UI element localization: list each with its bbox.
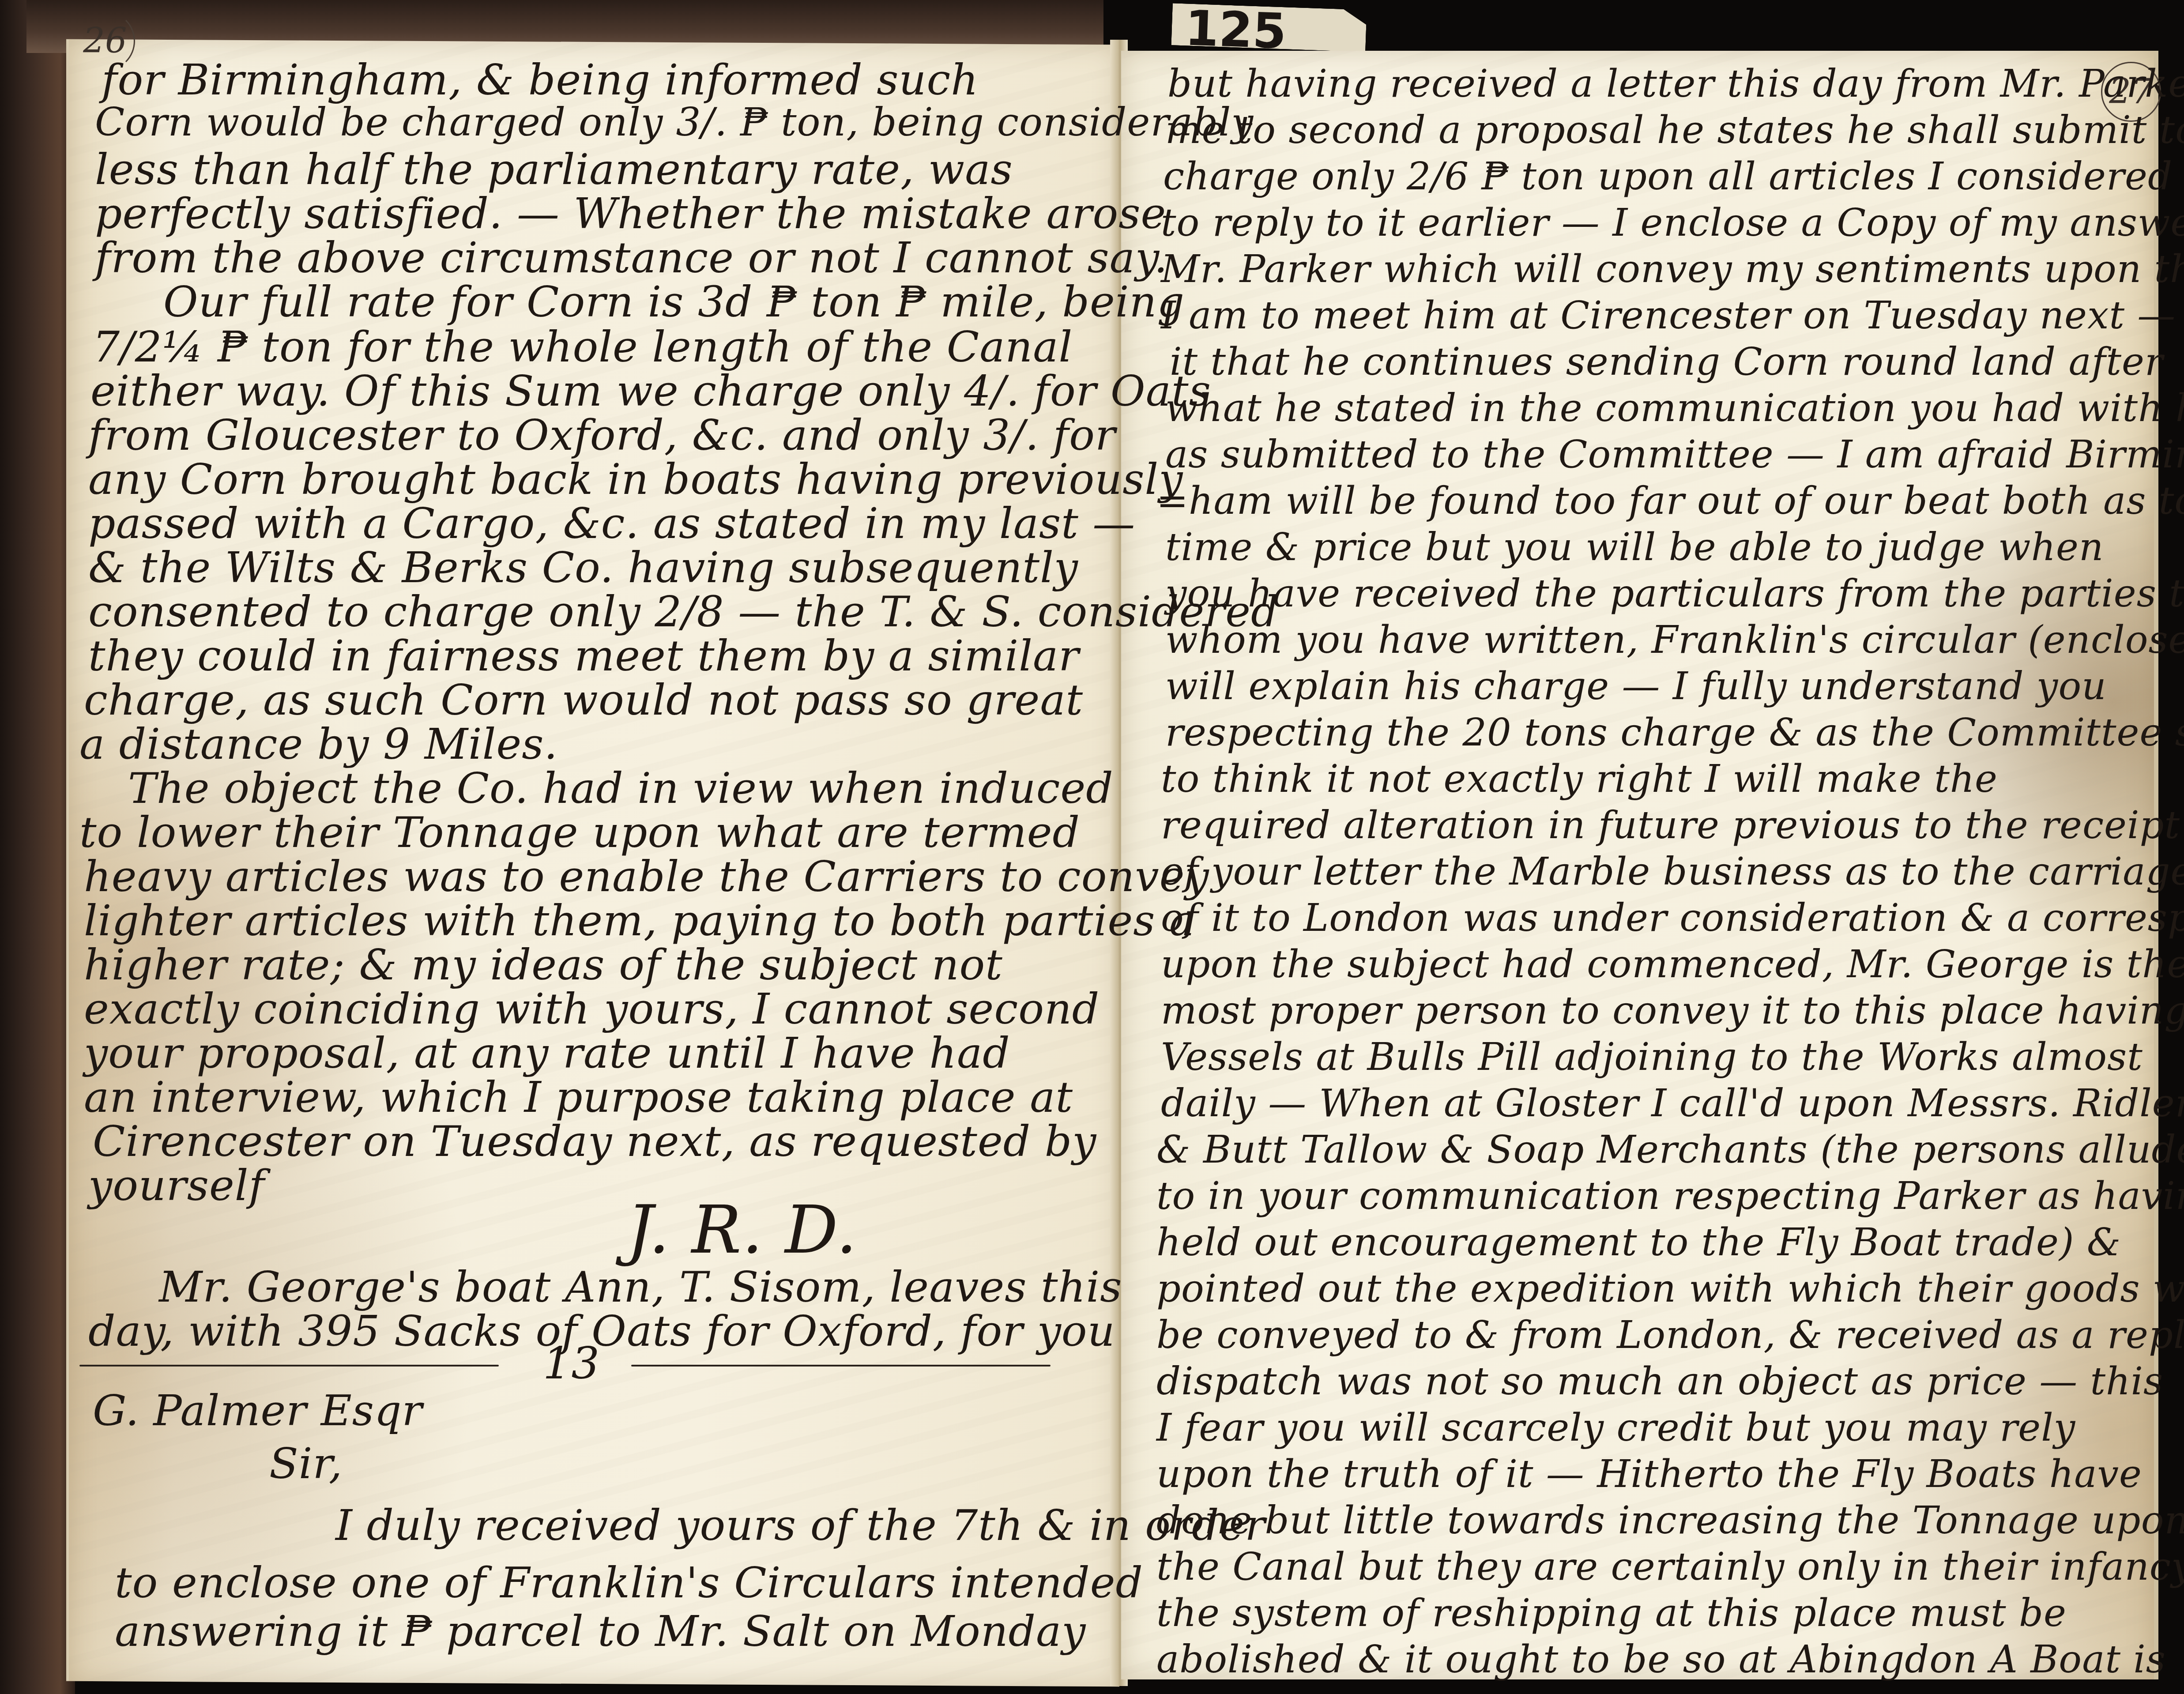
manuscript-line: respecting the 20 tons charge & as the C…	[1165, 711, 2184, 755]
manuscript-line: time & price but you will be able to jud…	[1165, 525, 2104, 569]
manuscript-line: 7/2¼ ₱ ton for the whole length of the C…	[93, 322, 1073, 372]
manuscript-line: Our full rate for Corn is 3d ₱ ton ₱ mil…	[163, 277, 1185, 327]
manuscript-line: an interview, which I purpose taking pla…	[84, 1073, 1073, 1122]
manuscript-line: from Gloucester to Oxford, &c. and only …	[88, 410, 1116, 460]
manuscript-line: yourself	[88, 1161, 265, 1210]
manuscript-line: to reply to it earlier — I enclose a Cop…	[1161, 201, 2184, 245]
manuscript-line: required alteration in future previous t…	[1161, 803, 2180, 847]
postscript-line: Mr. George's boat Ann, T. Sisom, leaves …	[159, 1262, 1122, 1312]
manuscript-line: me to second a proposal he states he sha…	[1165, 108, 2184, 152]
manuscript-line: to think it not exactly right I will mak…	[1161, 757, 1998, 801]
manuscript-line: done but little towards increasing the T…	[1156, 1498, 2184, 1543]
manuscript-line: Cirencester on Tuesday next, as requeste…	[93, 1117, 1096, 1166]
manuscript-line: what he stated in the communication you …	[1165, 386, 2184, 430]
manuscript-line: upon the subject had commenced, Mr. Geor…	[1161, 942, 2184, 986]
letter-number: 13	[543, 1337, 600, 1389]
manuscript-line: but having received a letter this day fr…	[1167, 62, 2184, 106]
manuscript-line: as submitted to the Committee — I am afr…	[1165, 433, 2184, 477]
manuscript-line: a distance by 9 Miles.	[79, 719, 558, 769]
manuscript-line: upon the truth of it — Hitherto the Fly …	[1156, 1452, 2142, 1496]
manuscript-line: charge, as such Corn would not pass so g…	[84, 675, 1083, 725]
signature-initials: J. R. D.	[627, 1192, 858, 1269]
manuscript-line: to lower their Tonnage upon what are ter…	[79, 808, 1080, 857]
manuscript-line: Corn would be charged only 3/. ₱ ton, be…	[95, 99, 1254, 145]
manuscript-line: I am to meet him at Cirencester on Tuesd…	[1161, 294, 2184, 338]
manuscript-line: passed with a Cargo, &c. as stated in my…	[88, 499, 1135, 548]
addressee: G. Palmer Esqr	[93, 1386, 422, 1435]
manuscript-line: held out encouragement to the Fly Boat t…	[1156, 1220, 2121, 1265]
manuscript-line: dispatch was not so much an object as pr…	[1156, 1359, 2163, 1404]
manuscript-line: Vessels at Bulls Pill adjoining to the W…	[1161, 1035, 2143, 1079]
manuscript-line: of your letter the Marble business as to…	[1161, 850, 2184, 894]
manuscript-line: higher rate; & my ideas of the subject n…	[84, 940, 1003, 990]
manuscript-line: any Corn brought back in boats having pr…	[88, 455, 1183, 504]
manuscript-line: The object the Co. had in view when indu…	[128, 764, 1114, 813]
section-divider-left	[79, 1365, 499, 1366]
manuscript-line: will explain his charge — I fully unders…	[1165, 664, 2107, 708]
manuscript-line: pointed out the expedition with which th…	[1156, 1267, 2184, 1311]
postscript-line: day, with 395 Sacks of Oats for Oxford, …	[88, 1306, 1115, 1356]
manuscript-line: the system of reshipping at this place m…	[1156, 1591, 2067, 1635]
manuscript-line: Mr. Parker which will convey my sentimen…	[1161, 247, 2184, 291]
manuscript-line: the Canal but they are certainly only in…	[1156, 1545, 2184, 1589]
salutation: Sir,	[269, 1439, 343, 1488]
manuscript-line: perfectly satisfied. — Whether the mista…	[95, 189, 1166, 238]
manuscript-line: most proper person to convey it to this …	[1161, 989, 2184, 1033]
manuscript-line: they could in fairness meet them by a si…	[88, 631, 1079, 681]
manuscript-line: I fear you will scarcely credit but you …	[1156, 1406, 2075, 1450]
volume-tab-label: 125	[1171, 3, 1367, 52]
manuscript-line: of it to London was under consideration …	[1161, 896, 2184, 940]
manuscript-line: exactly coinciding with yours, I cannot …	[84, 984, 1100, 1034]
manuscript-line: your proposal, at any rate until I have …	[84, 1028, 1010, 1078]
manuscript-line: for Birmingham, & being informed such	[102, 55, 979, 105]
letter-line: I duly received yours of the 7th & in or…	[335, 1501, 1265, 1550]
manuscript-line: it that he continues sending Corn round …	[1170, 340, 2163, 384]
manuscript-line: abolished & it ought to be so at Abingdo…	[1156, 1638, 2166, 1682]
manuscript-line: daily — When at Gloster I call'd upon Me…	[1161, 1081, 2184, 1126]
manuscript-line: to in your communication respecting Park…	[1156, 1174, 2184, 1218]
manuscript-line: lighter articles with them, paying to bo…	[84, 896, 1195, 945]
manuscript-line: from the above circumstance or not I can…	[95, 233, 1168, 282]
manuscript-line: be conveyed to & from London, & received…	[1156, 1313, 2184, 1357]
manuscript-line: charge only 2/6 ₱ ton upon all articles …	[1163, 154, 2184, 199]
manuscript-line: either way. Of this Sum we charge only 4…	[90, 366, 1211, 416]
manuscript-line: whom you have written, Franklin's circul…	[1165, 618, 2184, 662]
manuscript-line: you have received the particulars from t…	[1165, 572, 2184, 616]
manuscript-line: & Butt Tallow & Soap Merchants (the pers…	[1156, 1128, 2184, 1172]
manuscript-line: heavy articles was to enable the Carrier…	[84, 852, 1209, 901]
book-cover-edge	[0, 0, 75, 1694]
manuscript-spread: 125 26 27 for Birmingham, & being inform…	[0, 0, 2184, 1694]
manuscript-line: =ham will be found too far out of our be…	[1156, 479, 2184, 523]
manuscript-line: less than half the parliamentary rate, w…	[95, 145, 1013, 194]
letter-line: to enclose one of Franklin's Circulars i…	[115, 1558, 1143, 1607]
letter-line: answering it ₱ parcel to Mr. Salt on Mon…	[115, 1607, 1086, 1656]
manuscript-line: & the Wilts & Berks Co. having subsequen…	[88, 543, 1078, 592]
section-divider-right	[631, 1365, 1051, 1366]
manuscript-line: consented to charge only 2/8 — the T. & …	[88, 587, 1278, 636]
